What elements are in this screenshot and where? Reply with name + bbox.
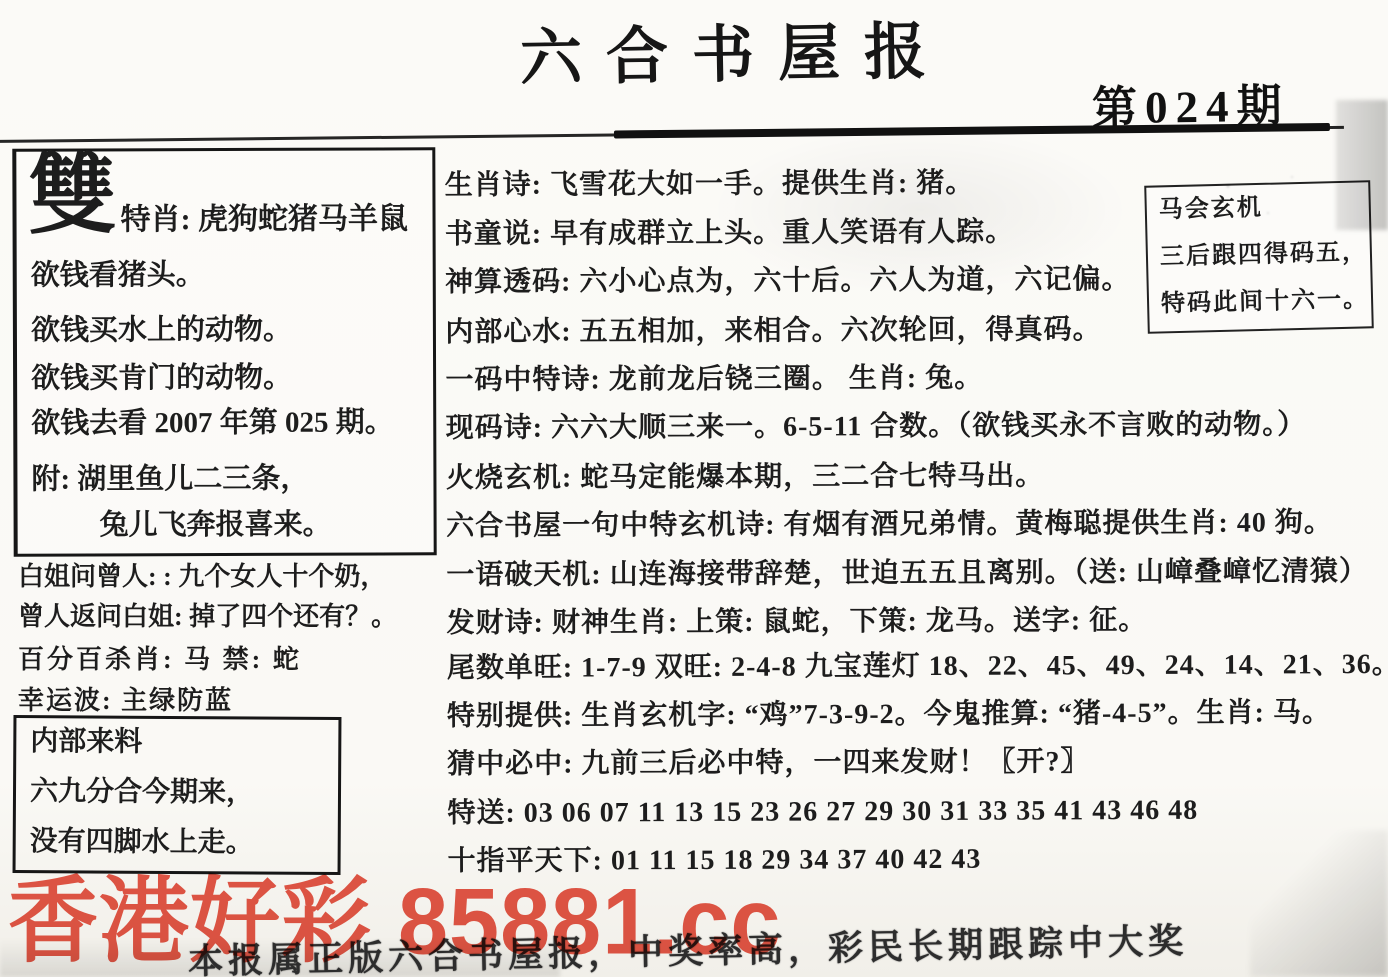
money-hint-line: 欲钱买肯门的动物。 [31, 362, 292, 396]
site-watermark: 香港好彩 85881.cc [8, 845, 781, 977]
internal-info-title: 内部来料 [30, 726, 142, 759]
internal-heart-line: 内部心水: 五五相加，来相合。六次轮回，得真码。 [445, 314, 1101, 349]
lucky-wave-line: 幸运波: 主绿防蓝 [18, 686, 233, 716]
scan-corner-shadow [1250, 830, 1388, 977]
divine-code-line: 神算透码: 六小心点为，六十后。六人为道，六记偏。 [445, 264, 1130, 299]
internal-info-line: 六九分合今期来， [30, 776, 254, 810]
guess-win-line: 猜中必中: 九前三后必中特，一四来发财！〖开?〗 [447, 746, 1089, 781]
double-character: 雙 [28, 153, 116, 241]
money-hint-line: 欲钱买水上的动物。 [31, 314, 292, 348]
current-code-line: 现码诗: 六六大顺三来一。6-5-11 合数。（欲钱买永不言败的动物。） [446, 409, 1307, 445]
book-house-poem-line: 六合书屋一句中特玄机诗: 有烟有酒兄弟情。黄梅聪提供生肖: 40 狗。 [446, 507, 1333, 543]
fortune-poem-line: 发财诗: 财神生肖: 上策: 鼠蛇，下策: 龙马。送字: 征。 [447, 605, 1148, 640]
scan-smudge [1336, 100, 1388, 230]
tail-number-line: 尾数单旺: 1-7-9 双旺: 2-4-8 九宝莲灯 18、22、45、49、2… [447, 649, 1388, 685]
zodiac-poem-line: 生肖诗: 飞雪花大如一手。提供生肖: 猪。 [445, 168, 975, 202]
dialogue-line: 白姐问曾人: : 九个女人十个奶， [18, 562, 386, 592]
special-offer-line: 特别提供: 生肖玄机字: “鸡”7-3-9-2。今鬼推算: “猪-4-5”。生肖… [447, 697, 1331, 733]
special-zodiac-line: 特肖: 虎狗蛇猪马羊鼠 [120, 202, 408, 238]
dialogue-line: 曾人返问白姐: 掉了四个还有？。 [18, 602, 397, 632]
attachment-verse-line: 兔儿飞奔报喜来。 [100, 509, 332, 543]
special-numbers-line: 特送: 03 06 07 11 13 15 23 26 27 29 30 31 … [447, 795, 1198, 830]
money-hint-line: 欲钱去看 2007 年第 025 期。 [31, 406, 394, 441]
special-zodiac-box: 雙 特肖: 虎狗蛇猪马羊鼠 欲钱看猪头。 欲钱买水上的动物。 欲钱买肯门的动物。… [12, 147, 436, 556]
one-code-poem-line: 一码中特诗: 龙前龙后铙三圈。 生肖: 兔。 [445, 363, 983, 398]
book-boy-line: 书童说: 早有成群立上头。重人笑语有人踪。 [445, 217, 1014, 252]
secret-reveal-line: 一语破天机: 山连海接带辞楚，世迫五五且离别。（送: 山嶂叠嶂忆清猿） [446, 556, 1368, 592]
money-hint-line: 欲钱看猪头。 [31, 259, 205, 293]
newspaper-page: 六合书屋报 第024期 雙 特肖: 虎狗蛇猪马羊鼠 欲钱看猪头。 欲钱买水上的动… [0, 0, 1388, 977]
fire-mystery-line: 火烧玄机: 蛇马定能爆本期，三二合七特马出。 [446, 460, 1044, 495]
attachment-verse-line: 附: 湖里鱼儿二三条， [31, 463, 309, 497]
main-tips-column: 生肖诗: 飞雪花大如一手。提供生肖: 猪。 书童说: 早有成群立上头。重人笑语有… [444, 0, 1388, 977]
scan-specks [1180, 150, 1340, 240]
kill-zodiac-line: 百分百杀肖: 马 禁: 蛇 [18, 645, 302, 675]
